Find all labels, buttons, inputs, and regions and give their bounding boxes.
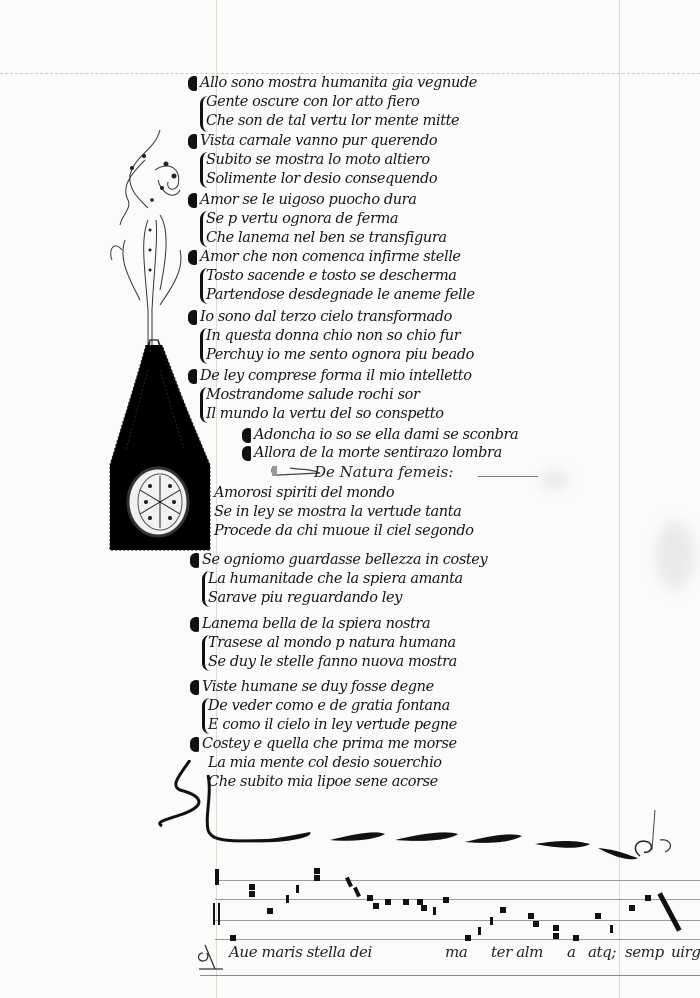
neume-note bbox=[267, 908, 273, 914]
neume-note bbox=[595, 913, 601, 919]
neume-note bbox=[385, 899, 391, 905]
neume-note bbox=[573, 935, 579, 941]
paragraph-mark-icon bbox=[190, 553, 199, 568]
couplet-line: Allora de la morte sentirazo lombra bbox=[254, 444, 502, 462]
verse-line: Mostrandome salude rochi sor bbox=[206, 386, 420, 404]
verse-line: Gente oscure con lor atto fiero bbox=[206, 93, 419, 111]
neume-note bbox=[230, 935, 236, 941]
neume-note bbox=[373, 903, 379, 909]
cadel-flourish-icon bbox=[150, 760, 700, 870]
neume-note bbox=[629, 905, 635, 911]
lyric-syllable: atq; bbox=[588, 943, 616, 961]
verse-line: Lanema bella de la spiera nostra bbox=[202, 615, 430, 633]
f-clef-icon bbox=[213, 903, 220, 925]
verse-line: Procede da chi muoue il ciel segondo bbox=[214, 522, 474, 540]
neume-note bbox=[533, 921, 539, 927]
neume-note bbox=[403, 899, 409, 905]
paragraph-mark-icon bbox=[190, 680, 199, 695]
paragraph-mark-icon bbox=[188, 369, 197, 384]
verse-line: In questa donna chio non so chio fur bbox=[206, 327, 460, 345]
lombard-capital-icon bbox=[200, 387, 210, 423]
lyric-syllable: ma bbox=[445, 943, 467, 961]
verse-line: Se in ley se mostra la vertude tanta bbox=[214, 503, 461, 521]
lyric-syllable: uirg bbox=[671, 943, 700, 961]
lombard-capital-icon bbox=[202, 698, 212, 734]
lombard-capital-icon bbox=[200, 96, 210, 132]
paragraph-mark-icon bbox=[188, 310, 197, 325]
verse-line: De veder como e de gratia fontana bbox=[208, 697, 450, 715]
music-staff: Aue maris stella dei ma ter alm a atq; s… bbox=[195, 855, 700, 975]
couplet-line: Adoncha io so se ella dami se sconbra bbox=[254, 426, 518, 444]
neume-note bbox=[490, 917, 493, 925]
neume-note bbox=[553, 933, 559, 939]
neume-note bbox=[528, 913, 534, 919]
neume-note bbox=[367, 895, 373, 901]
lombard-capital-icon bbox=[200, 152, 210, 188]
neume-note bbox=[353, 887, 361, 898]
neume-note bbox=[296, 885, 299, 893]
music-initial-a-icon bbox=[195, 939, 223, 973]
verse-line: Allo sono mostra humanita gia vegnude bbox=[200, 74, 477, 92]
verse-line: Sarave piu reguardando ley bbox=[208, 589, 402, 607]
neume-note bbox=[645, 895, 651, 901]
verse-line: Il mundo la vertu del so conspetto bbox=[206, 405, 444, 423]
neume-note bbox=[286, 895, 289, 903]
lombard-capital-icon bbox=[200, 211, 210, 247]
lyric-syllable: Aue maris stella dei bbox=[229, 943, 372, 961]
neume-note bbox=[249, 891, 255, 897]
neume-note bbox=[443, 897, 449, 903]
verse-line: Che son de tal vertu lor mente mitte bbox=[206, 112, 459, 130]
paragraph-mark-icon bbox=[188, 193, 197, 208]
lombard-capital-icon bbox=[202, 635, 212, 671]
lyric-syllable: a bbox=[567, 943, 576, 961]
verse-line: Vista carnale vanno pur querendo bbox=[200, 132, 437, 150]
paragraph-mark-icon bbox=[242, 446, 251, 461]
staff-line bbox=[215, 939, 700, 940]
section-heading: De Natura femeis: bbox=[314, 463, 453, 481]
manuscript-page: O Allo sono mostra humanita gia vegnude … bbox=[0, 0, 700, 998]
verse-line: La humanitade che la spiera amanta bbox=[208, 570, 463, 588]
staff-line bbox=[215, 880, 700, 881]
verse-line: Che lanema nel ben se transfigura bbox=[206, 229, 447, 247]
c-clef-icon bbox=[215, 869, 219, 885]
lombard-capital-icon bbox=[200, 328, 210, 364]
paragraph-mark-icon bbox=[188, 250, 197, 265]
verse-line: Partendose desdegnade le aneme felle bbox=[206, 286, 475, 304]
verse-line: E como il cielo in ley vertude pegne bbox=[208, 716, 457, 734]
neume-note bbox=[478, 927, 481, 935]
verse-line: Se ogniomo guardasse bellezza in costey bbox=[202, 551, 487, 569]
neume-note bbox=[314, 875, 320, 881]
paragraph-mark-icon bbox=[190, 617, 199, 632]
neume-note bbox=[314, 868, 320, 874]
verse-line: Solimente lor desio consequendo bbox=[206, 170, 437, 188]
verse-line: Amor se le uigoso puocho dura bbox=[200, 191, 416, 209]
neume-note bbox=[610, 925, 613, 933]
verse-line: Io sono dal terzo cielo transformado bbox=[200, 308, 452, 326]
neume-note bbox=[500, 907, 506, 913]
neume-note bbox=[421, 905, 427, 911]
neume-note bbox=[465, 935, 471, 941]
verse-line: Tosto sacende e tosto se descherma bbox=[206, 267, 457, 285]
staff-line bbox=[215, 920, 700, 921]
lombard-capital-icon bbox=[200, 268, 210, 304]
verse-line: Costey e quella che prima me morse bbox=[202, 735, 457, 753]
verse-line: Amorosi spiriti del mondo bbox=[214, 484, 394, 502]
paragraph-mark-icon bbox=[190, 737, 199, 752]
paragraph-mark-icon bbox=[188, 134, 197, 149]
neume-note bbox=[553, 925, 559, 931]
verse-line: De ley comprese forma il mio intelletto bbox=[200, 367, 472, 385]
verse-line: Se duy le stelle fanno nuova mostra bbox=[208, 653, 457, 671]
verse-line: Trasese al mondo p natura humana bbox=[208, 634, 456, 652]
paragraph-mark-icon bbox=[188, 76, 197, 91]
verse-line: Amor che non comenca infirme stelle bbox=[200, 248, 461, 266]
lombard-capital-icon bbox=[202, 571, 212, 607]
verse-line: Perchuy io me sento ognora piu beado bbox=[206, 346, 474, 364]
verse-line: Viste humane se duy fosse degne bbox=[202, 678, 434, 696]
neume-note bbox=[345, 877, 353, 888]
paragraph-mark-icon bbox=[242, 428, 251, 443]
verse-line: Subito se mostra lo moto altiero bbox=[206, 151, 430, 169]
lyric-syllable: ter alm bbox=[491, 943, 543, 961]
neume-note bbox=[433, 907, 436, 915]
heading-tail-stroke bbox=[478, 476, 538, 477]
lyric-syllable: semp bbox=[625, 943, 664, 961]
verse-line: Se p vertu ognora de ferma bbox=[206, 210, 398, 228]
neume-note bbox=[249, 884, 255, 890]
